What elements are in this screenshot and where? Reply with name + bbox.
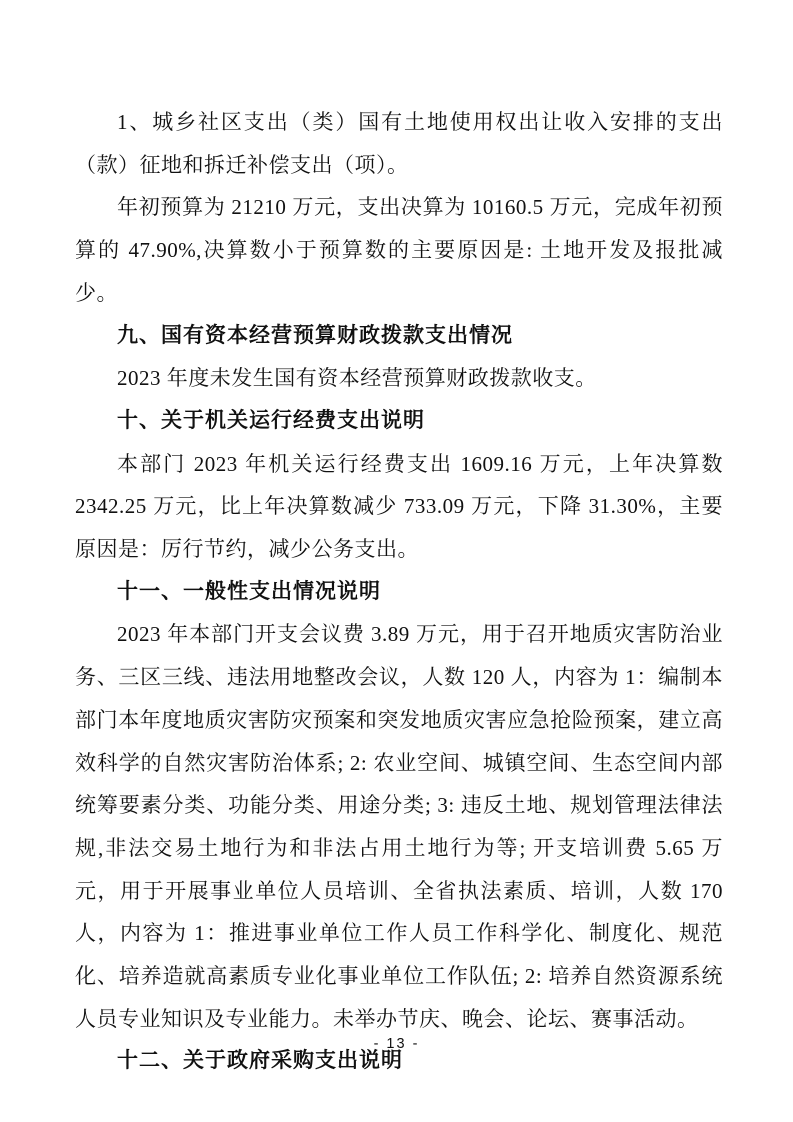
body-paragraph: 2023 年度未发生国有资本经营预算财政拨款收支。: [75, 357, 723, 400]
body-paragraph: 1、城乡社区支出（类）国有土地使用权出让收入安排的支出（款）征地和拆迁补偿支出（…: [75, 101, 723, 186]
document-page: 1、城乡社区支出（类）国有土地使用权出让收入安排的支出（款）征地和拆迁补偿支出（…: [0, 0, 793, 1122]
document-body: 1、城乡社区支出（类）国有土地使用权出让收入安排的支出（款）征地和拆迁补偿支出（…: [75, 101, 723, 1083]
body-paragraph: 2023 年本部门开支会议费 3.89 万元，用于召开地质灾害防治业务、三区三线…: [75, 613, 723, 1040]
body-paragraph: 本部门 2023 年机关运行经费支出 1609.16 万元，上年决算数 2342…: [75, 443, 723, 571]
section-heading: 九、国有资本经营预算财政拨款支出情况: [75, 315, 723, 358]
body-paragraph: 年初预算为 21210 万元，支出决算为 10160.5 万元，完成年初预算的 …: [75, 186, 723, 314]
section-heading: 十、关于机关运行经费支出说明: [75, 400, 723, 443]
page-number: - 13 -: [0, 1036, 793, 1052]
section-heading: 十一、一般性支出情况说明: [75, 571, 723, 614]
